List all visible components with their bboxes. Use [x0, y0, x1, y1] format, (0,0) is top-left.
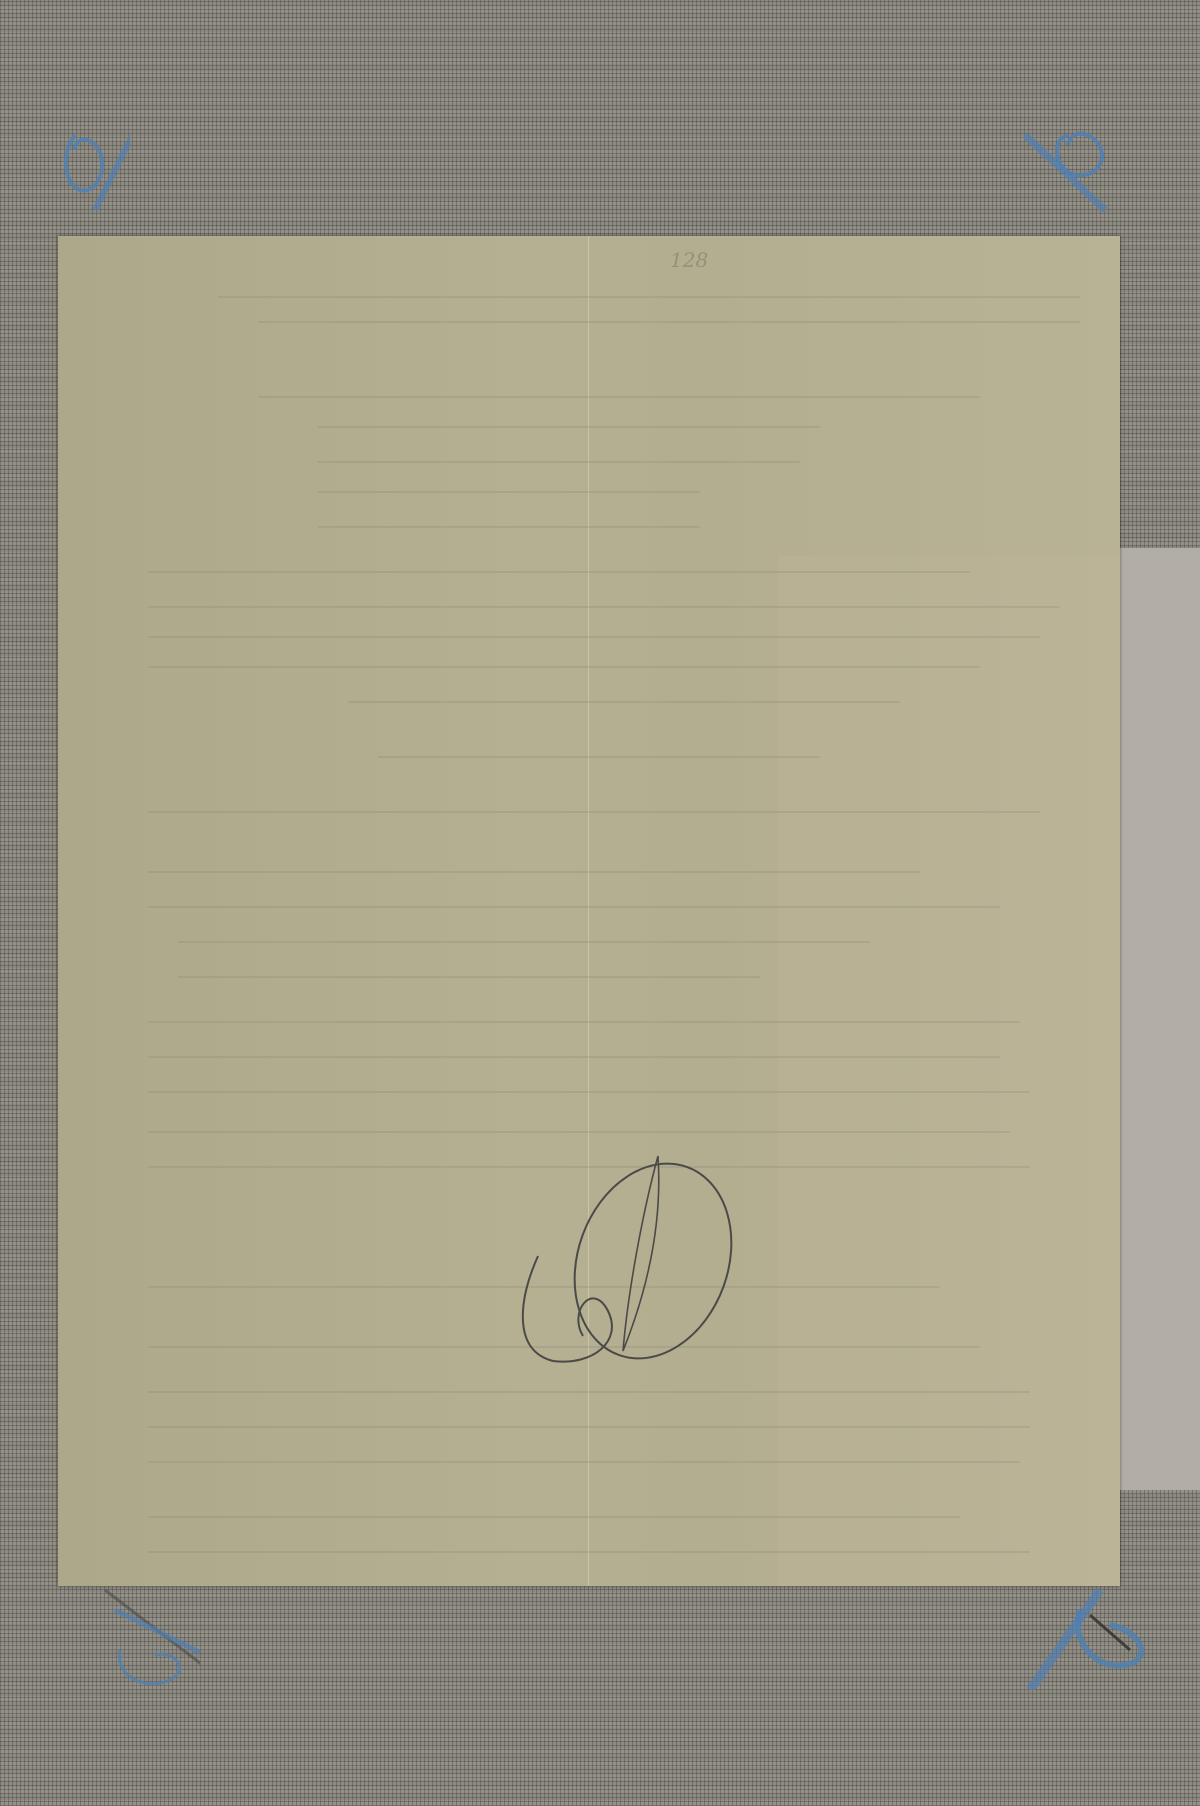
- manuscript-sheet: 128: [58, 236, 1120, 1586]
- bleed-line: [178, 976, 760, 978]
- bleed-line: [148, 906, 1000, 908]
- bleed-line: [258, 321, 1080, 323]
- bleed-line: [148, 1056, 1000, 1058]
- bleed-line: [148, 1461, 1020, 1463]
- bleed-line: [148, 666, 980, 668]
- bleed-line: [148, 811, 1040, 813]
- bleed-line: [148, 1131, 1010, 1133]
- bleed-line: [318, 526, 700, 528]
- bleed-line: [148, 1391, 1030, 1393]
- bleed-line: [148, 606, 1060, 608]
- bleed-line: [148, 636, 1040, 638]
- page-number: 128: [670, 248, 708, 272]
- registration-mark-top-right-icon: [1010, 100, 1120, 230]
- bleed-line: [348, 701, 900, 703]
- bleed-line: [148, 871, 920, 873]
- bleed-line: [148, 1426, 1030, 1428]
- bleed-line: [258, 396, 980, 398]
- registration-mark-bottom-left-icon: [60, 1580, 200, 1700]
- bleed-line: [148, 1551, 1030, 1553]
- registration-mark-top-left-icon: [40, 100, 130, 210]
- registration-mark-bottom-right-icon: [1000, 1580, 1150, 1690]
- backing-card: [1118, 548, 1200, 1490]
- shade-panel: [778, 556, 1120, 1586]
- bleed-line: [318, 491, 700, 493]
- fold-line: [588, 236, 589, 1586]
- bleed-line: [148, 1091, 1030, 1093]
- bleed-line: [148, 571, 970, 573]
- bleed-line: [378, 756, 820, 758]
- bleed-line: [148, 1516, 960, 1518]
- bleed-line: [218, 296, 1080, 298]
- bleed-line: [318, 426, 820, 428]
- bleed-line: [178, 941, 870, 943]
- pencil-monogram-icon: [513, 1151, 743, 1381]
- bleed-line: [148, 1021, 1020, 1023]
- bleed-line: [318, 461, 800, 463]
